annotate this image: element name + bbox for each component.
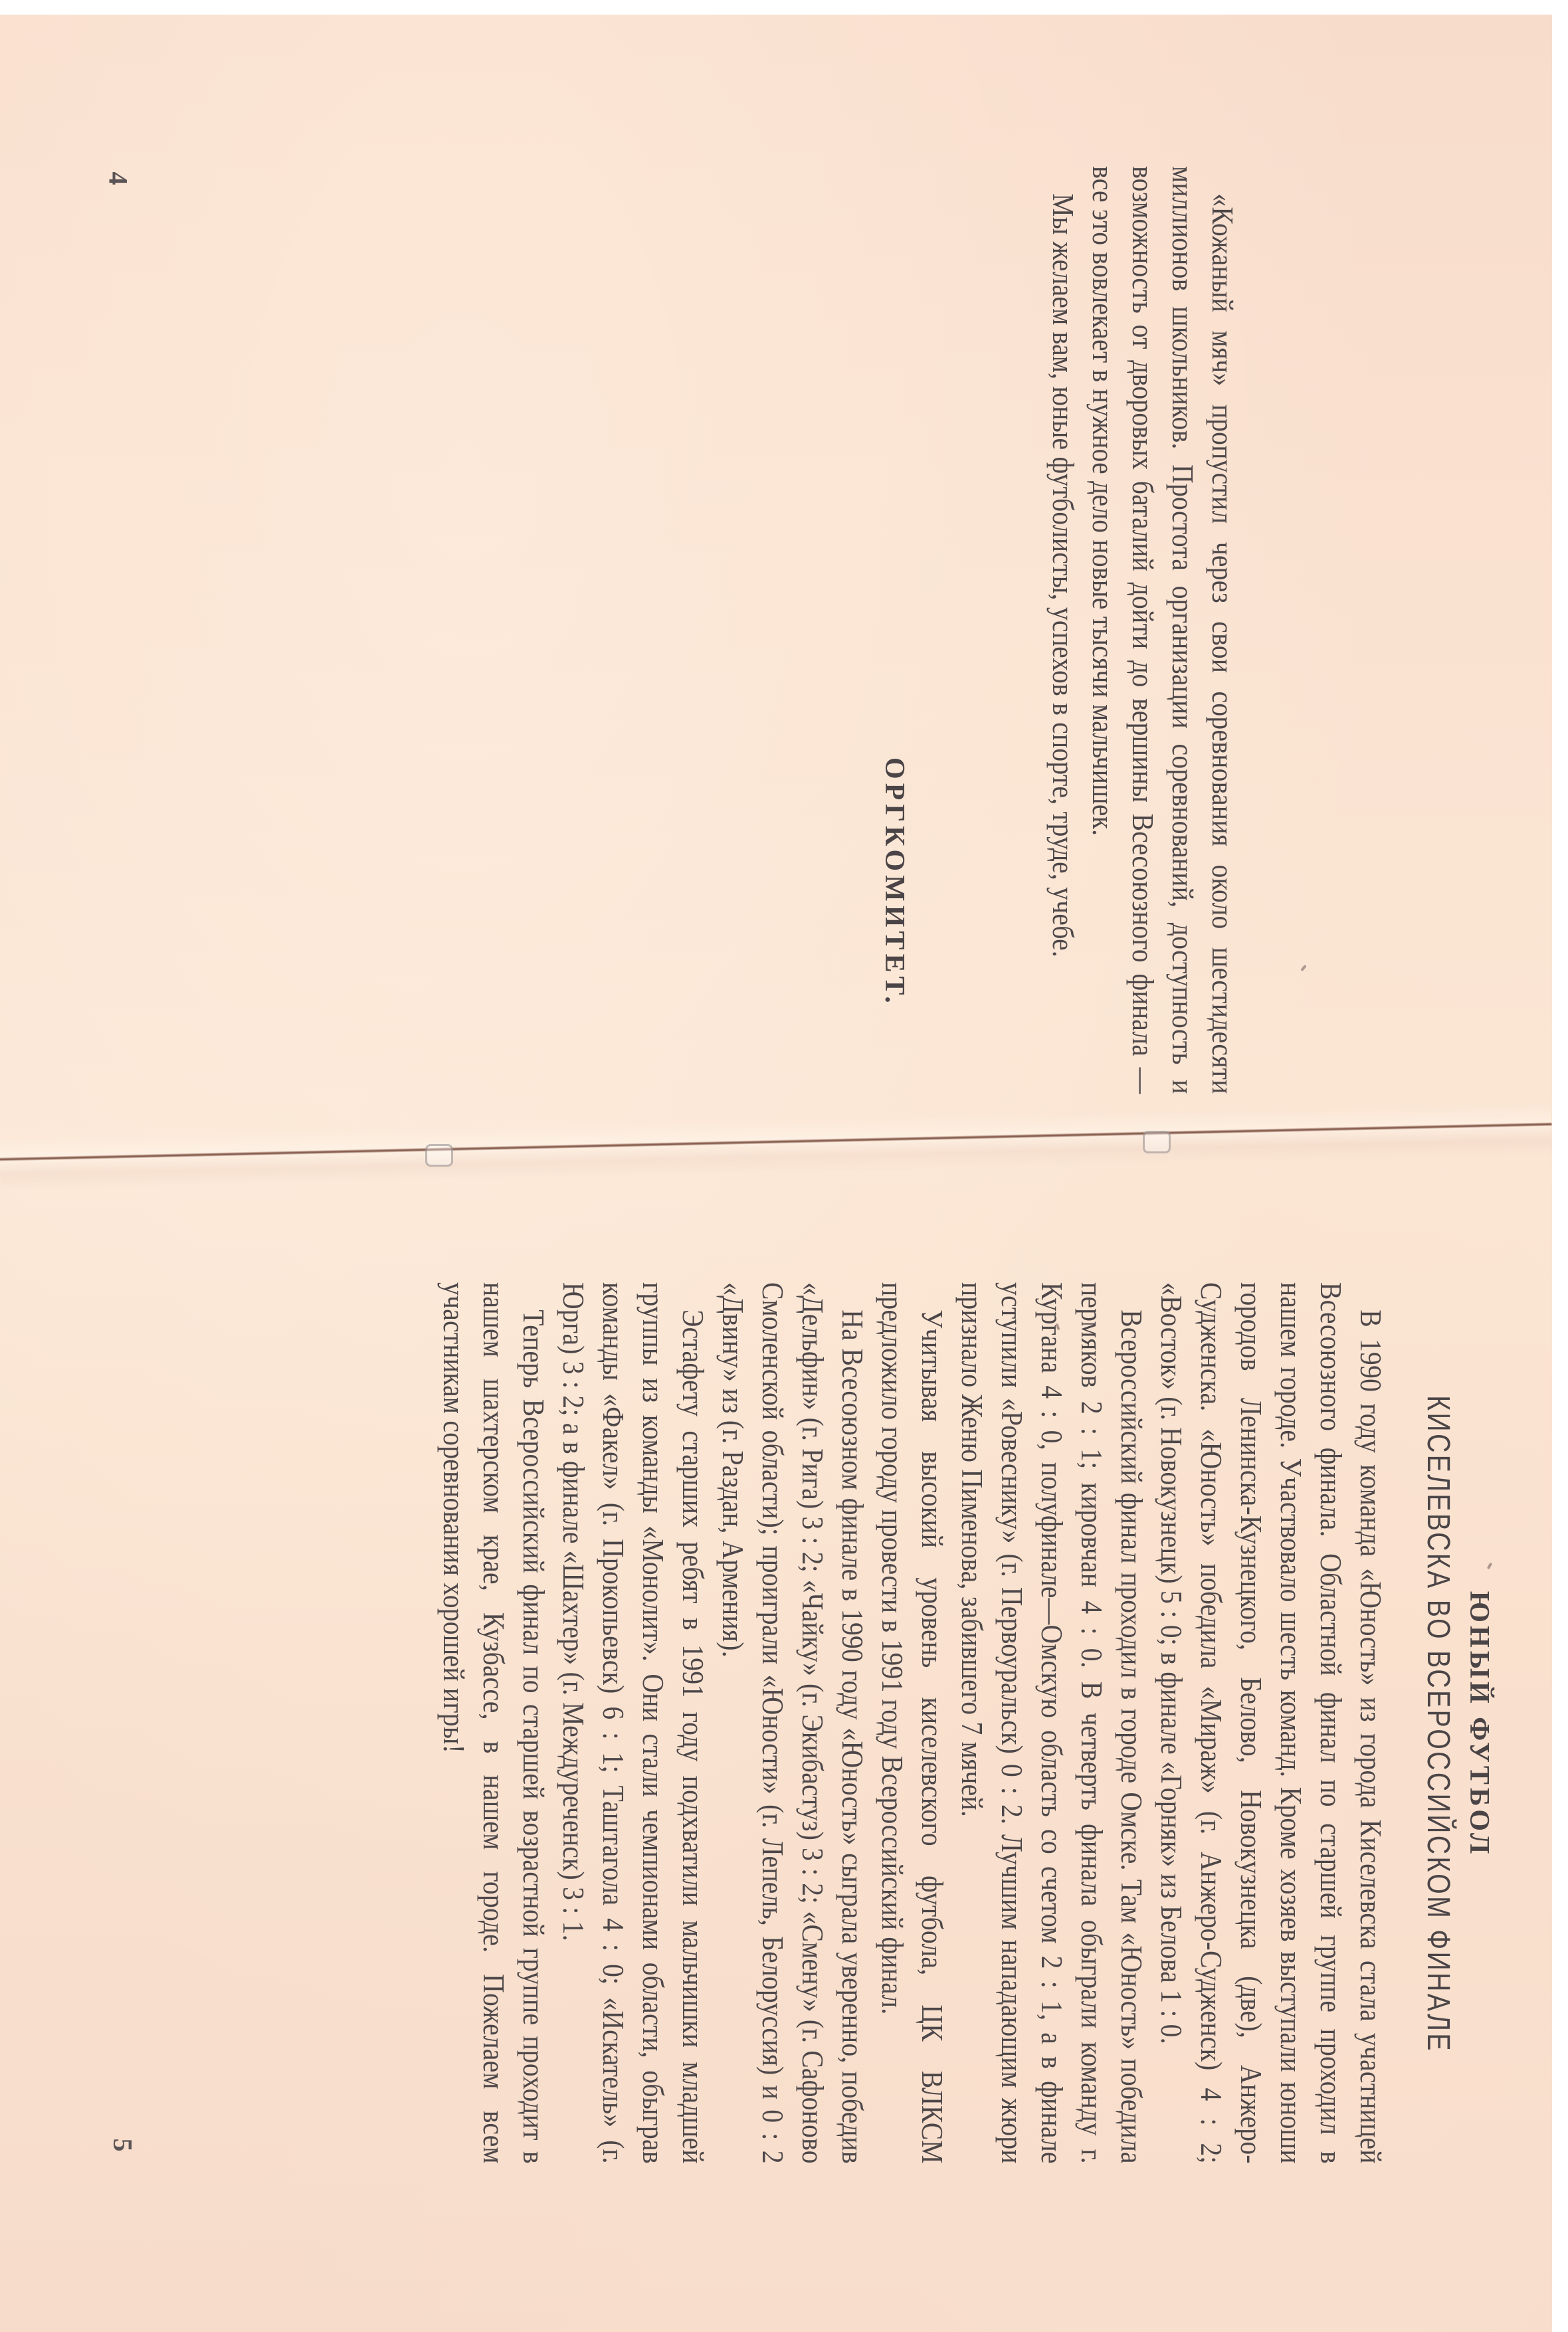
paragraph: На Всесоюзном финале в 1990 году «Юность… <box>713 1282 872 2164</box>
paragraph: Теперь Всероссийский финал по старшей во… <box>434 1282 553 2164</box>
page-right: ЮНЫЙ ФУТБОЛ КИСЕЛЕВСКА ВО ВСЕРОССИЙСКОМ … <box>551 1282 1495 2166</box>
page-left: «Кожаный мяч» пропустил через свои сорев… <box>997 166 1242 1096</box>
paragraph: Учитывая высокий уровень киселевского фу… <box>872 1282 952 2164</box>
article-body: В 1990 году команда «Юность» из города К… <box>434 1282 1391 2164</box>
paragraph: В 1990 году команда «Юность» из города К… <box>1151 1282 1391 2164</box>
page-number-left: 4 <box>103 172 134 185</box>
paragraph: Всероссийский финал проходил в городе Ом… <box>952 1282 1151 2164</box>
paragraph: Мы желаем вам, юные футболисты, успехов … <box>1043 166 1083 1094</box>
page-left-body: «Кожаный мяч» пропустил через свои сорев… <box>1043 166 1242 1094</box>
article-headline: КИСЕЛЕВСКА ВО ВСЕРОССИЙСКОМ ФИНАЛЕ <box>1420 1362 1456 2087</box>
staple-left <box>425 1144 453 1167</box>
staple-right <box>1143 1131 1171 1153</box>
page-number-right: 5 <box>108 2139 139 2152</box>
paper-speck <box>1300 965 1306 971</box>
signature-orgcommittee: ОРГКОМИТЕТ. <box>878 757 910 1007</box>
paragraph: «Кожаный мяч» пропустил через свои сорев… <box>1083 166 1242 1094</box>
section-kicker: ЮНЫЙ ФУТБОЛ <box>1463 1282 1495 2166</box>
center-fold-shadow <box>0 1102 1552 1191</box>
paragraph: Эстафету старших ребят в 1991 году подхв… <box>553 1282 713 2164</box>
